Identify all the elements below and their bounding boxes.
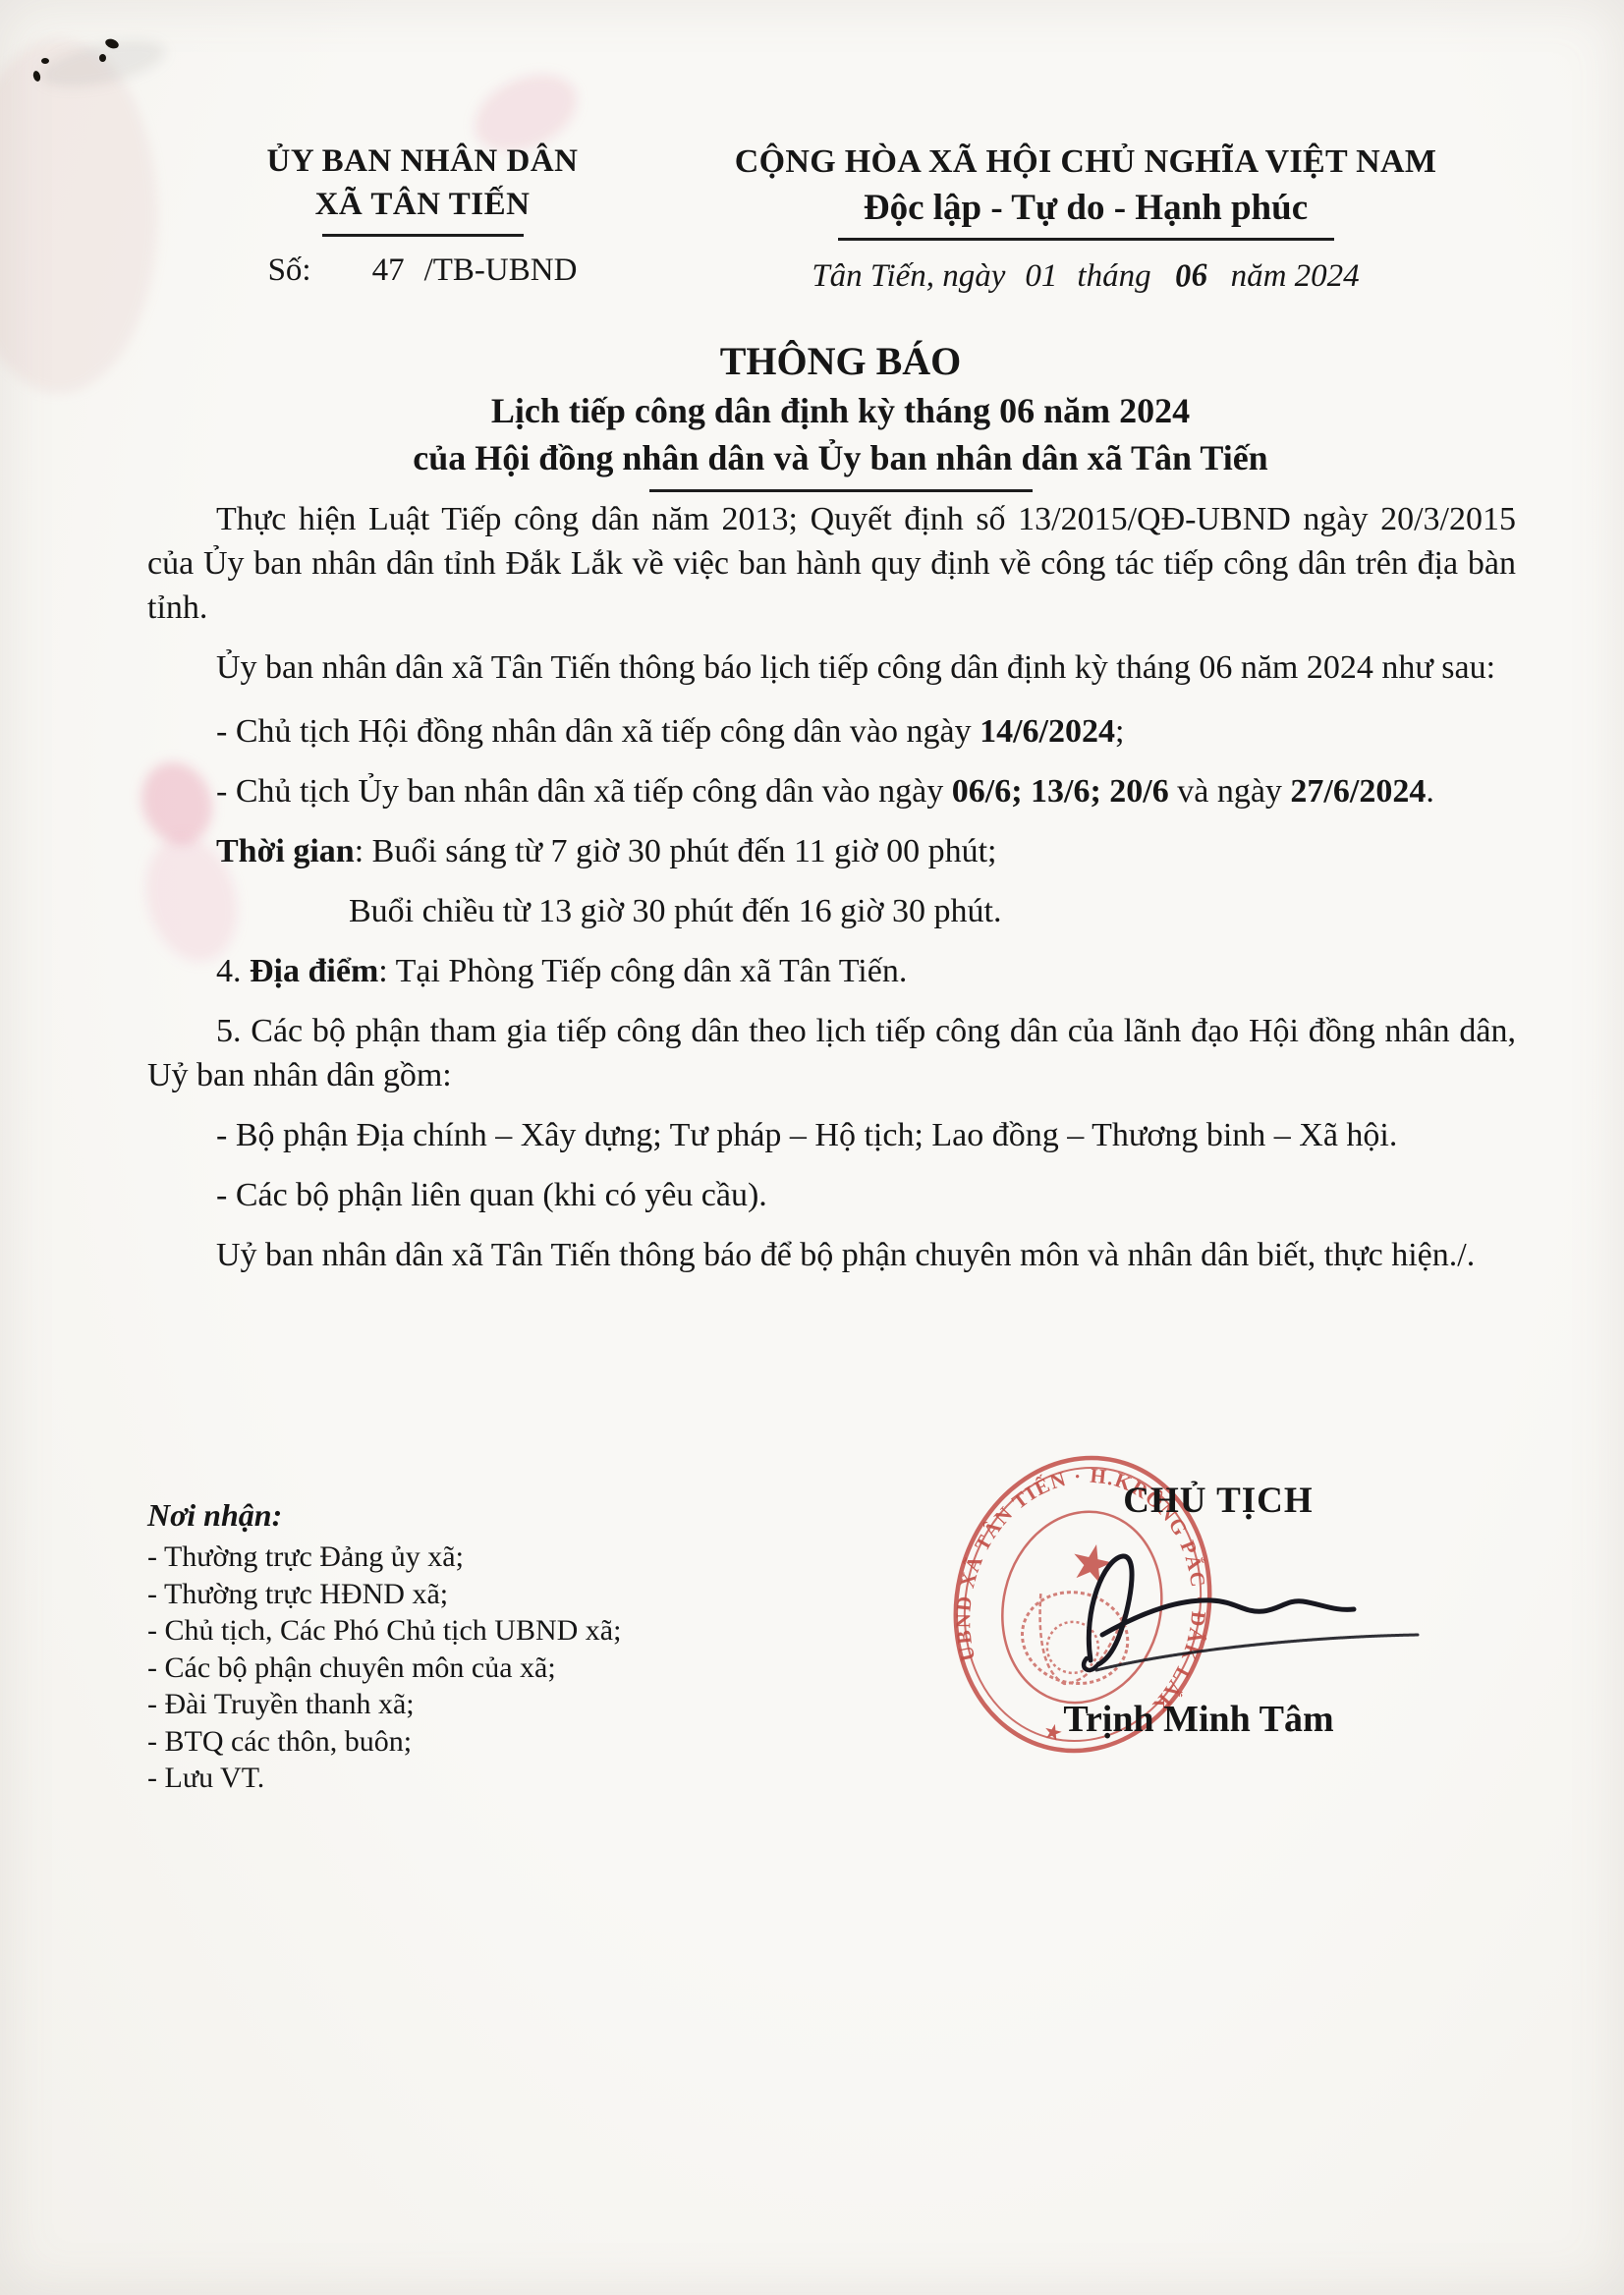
dates-bold: 06/6; 13/6; 20/6 bbox=[952, 773, 1169, 810]
date-line: Tân Tiến, ngày01tháng06năm 2024 bbox=[688, 258, 1484, 295]
ink-dot bbox=[32, 70, 42, 82]
document-number-suffix: /TB-UBND bbox=[424, 252, 578, 288]
national-motto-line1: CỘNG HÒA XÃ HỘI CHỦ NGHĨA VIỆT NAM bbox=[688, 140, 1484, 185]
date-month-handwritten: 06 bbox=[1174, 257, 1208, 296]
text-segment: - Chủ tịch Ủy ban nhân dân xã tiếp công … bbox=[216, 773, 952, 810]
recipient-item: - Lưu VT. bbox=[147, 1760, 756, 1797]
issuing-org-block: ỦY BAN NHÂN DÂN XÃ TÂN TIẾN Số:47/TB-UBN… bbox=[172, 140, 673, 289]
text-segment: ; bbox=[1115, 713, 1124, 750]
paragraph-time-morning: Thời gian: Buổi sáng từ 7 giờ 30 phút đế… bbox=[147, 829, 1516, 873]
text-segment: : Tại Phòng Tiếp công dân xã Tân Tiến. bbox=[378, 953, 907, 989]
issuing-org-line1: ỦY BAN NHÂN DÂN bbox=[172, 140, 673, 183]
paragraph-location: 4. Địa điểm: Tại Phòng Tiếp công dân xã … bbox=[147, 949, 1516, 993]
paragraph-related-departments: - Các bộ phận liên quan (khi có yêu cầu)… bbox=[147, 1173, 1516, 1217]
text-segment: : Buổi sáng từ 7 giờ 30 phút đến 11 giờ … bbox=[355, 833, 997, 869]
signer-name: Trịnh Minh Tâm bbox=[1032, 1698, 1366, 1741]
motto-underline bbox=[838, 238, 1334, 241]
document-number-value: 47 bbox=[372, 252, 405, 288]
text-segment: - Chủ tịch Hội đồng nhân dân xã tiếp côn… bbox=[216, 713, 980, 750]
scan-smudge-corner bbox=[0, 39, 157, 393]
recipients-block: Nơi nhận: - Thường trực Đảng ủy xã; - Th… bbox=[147, 1495, 756, 1797]
org-underline bbox=[322, 234, 524, 237]
document-number-label: Số: bbox=[268, 252, 311, 288]
date-bold: 27/6/2024 bbox=[1290, 773, 1426, 810]
issuing-org-line2: XÃ TÂN TIẾN bbox=[172, 183, 673, 226]
scan-smudge-gray bbox=[36, 31, 169, 96]
recipient-item: - Thường trực HĐND xã; bbox=[147, 1576, 756, 1613]
title-line1: THÔNG BÁO bbox=[145, 336, 1536, 387]
document-page: ỦY BAN NHÂN DÂN XÃ TÂN TIẾN Số:47/TB-UBN… bbox=[0, 0, 1624, 2295]
ink-dot bbox=[41, 58, 49, 64]
document-number: Số:47/TB-UBND bbox=[172, 252, 673, 289]
recipient-item: - Các bộ phận chuyên môn của xã; bbox=[147, 1650, 756, 1687]
time-label-bold: Thời gian bbox=[216, 833, 355, 869]
recipient-item: - BTQ các thôn, buôn; bbox=[147, 1723, 756, 1761]
paragraph-announcement: Ủy ban nhân dân xã Tân Tiến thông báo lị… bbox=[147, 645, 1516, 690]
recipient-item: - Đài Truyền thanh xã; bbox=[147, 1686, 756, 1723]
title-line3: của Hội đồng nhân dân và Ủy ban nhân dân… bbox=[145, 434, 1536, 481]
paragraph-hdnd-schedule: - Chủ tịch Hội đồng nhân dân xã tiếp côn… bbox=[147, 709, 1516, 754]
title-line2: Lịch tiếp công dân định kỳ tháng 06 năm … bbox=[145, 387, 1536, 434]
date-year: năm 2024 bbox=[1231, 258, 1360, 294]
text-segment: . bbox=[1426, 773, 1434, 810]
national-header-block: CỘNG HÒA XÃ HỘI CHỦ NGHĨA VIỆT NAM Độc l… bbox=[688, 140, 1484, 295]
date-day: 01 bbox=[1025, 258, 1057, 294]
paragraph-ubnd-schedule: - Chủ tịch Ủy ban nhân dân xã tiếp công … bbox=[147, 769, 1516, 813]
national-motto-line2: Độc lập - Tự do - Hạnh phúc bbox=[688, 185, 1484, 232]
document-title-block: THÔNG BÁO Lịch tiếp công dân định kỳ thá… bbox=[145, 336, 1536, 492]
recipient-item: - Chủ tịch, Các Phó Chủ tịch UBND xã; bbox=[147, 1612, 756, 1650]
date-thang: tháng bbox=[1077, 258, 1150, 294]
location-label-bold: Địa điểm bbox=[250, 953, 378, 989]
recipient-item: - Thường trực Đảng ủy xã; bbox=[147, 1539, 756, 1576]
paragraph-departments: 5. Các bộ phận tham gia tiếp công dân th… bbox=[147, 1009, 1516, 1097]
signer-title: CHỦ TỊCH bbox=[1066, 1480, 1371, 1522]
text-segment: 4. bbox=[216, 953, 250, 989]
recipients-heading: Nơi nhận: bbox=[147, 1495, 756, 1535]
paragraph-time-afternoon: Buổi chiều từ 13 giờ 30 phút đến 16 giờ … bbox=[147, 889, 1516, 933]
paragraph-closing: Uỷ ban nhân dân xã Tân Tiến thông báo để… bbox=[147, 1233, 1516, 1277]
date-bold: 14/6/2024 bbox=[980, 713, 1115, 750]
document-body: Thực hiện Luật Tiếp công dân năm 2013; Q… bbox=[147, 497, 1516, 1293]
text-segment: và ngày bbox=[1169, 773, 1291, 810]
handwritten-signature bbox=[1069, 1540, 1434, 1688]
ink-dot bbox=[104, 37, 120, 50]
date-place: Tân Tiến, ngày bbox=[812, 258, 1005, 294]
ink-dot bbox=[99, 54, 106, 62]
paragraph-departments-list: - Bộ phận Địa chính – Xây dựng; Tư pháp … bbox=[147, 1113, 1516, 1157]
paragraph-legal-basis: Thực hiện Luật Tiếp công dân năm 2013; Q… bbox=[147, 497, 1516, 630]
title-underline bbox=[649, 489, 1033, 492]
